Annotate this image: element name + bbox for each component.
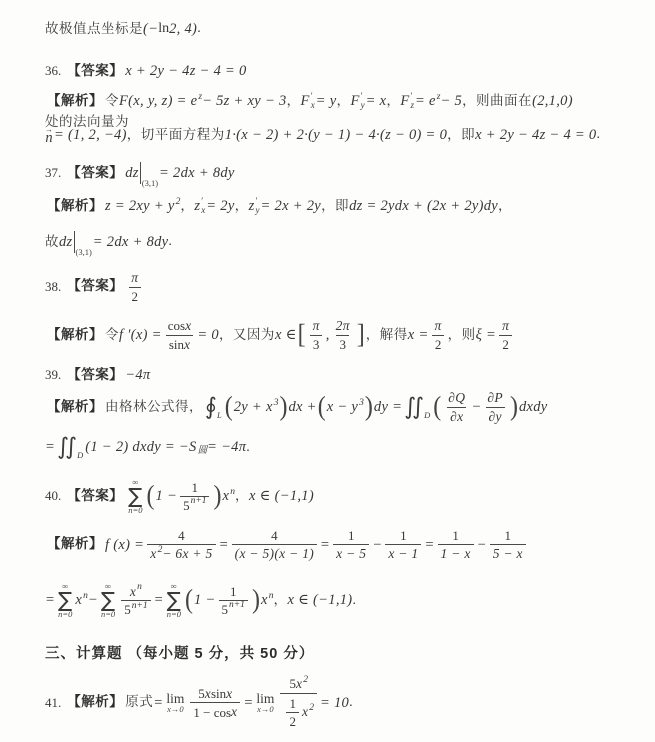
bracket-label: 【解析】	[47, 198, 103, 215]
integral-domain-subscript: D	[77, 451, 83, 460]
fraction-denominator: ∂y	[486, 407, 505, 425]
chinese-text: ，则曲面在	[462, 93, 532, 110]
fraction-numerator: 1	[345, 528, 358, 544]
roman-run: .	[596, 126, 600, 144]
chinese-text: ，	[498, 198, 512, 215]
limit-operator: limx→0	[166, 692, 184, 714]
vector-letter: n	[45, 133, 52, 143]
fraction-denominator: 5n+1	[121, 600, 150, 617]
roman-run: 3	[313, 338, 320, 351]
math-run: dy =	[374, 398, 402, 416]
big-delimiter: [	[298, 321, 306, 349]
math-run: 1·(x − 2) + 2·(y − 1) − 4·(z − 0) = 0	[225, 126, 447, 144]
roman-run: 5	[222, 603, 229, 616]
chinese-text: ，	[386, 93, 400, 110]
math-run: ξ =	[476, 326, 497, 344]
math-run: f (x) =	[105, 536, 144, 554]
fraction-denominator: x − 1	[385, 544, 421, 562]
math-run: −	[372, 536, 382, 554]
fraction-denominator: 1 − x	[438, 544, 474, 562]
bracket-label: 【答案】	[67, 367, 123, 384]
fraction-denominator: 5n+1	[219, 600, 248, 617]
evaluation-bar-line	[74, 231, 75, 253]
math-run: = 0	[197, 326, 219, 344]
big-delimiter: (	[147, 483, 155, 511]
math-run: x − 5	[336, 547, 366, 561]
summation: ∞∑n=0	[167, 582, 181, 619]
math-run: − 5	[441, 92, 463, 110]
math-run: dx +	[288, 398, 316, 416]
math-run: = e	[415, 92, 436, 110]
solution-35-tail-line: 故极值点坐标是(−ln 2, 4) .	[45, 20, 627, 38]
prime-subscript-stack: ′x	[201, 197, 205, 215]
math-run: x	[222, 487, 229, 505]
big-delimiter: (	[433, 393, 441, 421]
fraction: 15n+1	[180, 480, 209, 513]
math-run: dxdy	[519, 398, 548, 416]
math-run: 2π	[336, 319, 350, 333]
math-run: ∂Q	[448, 391, 465, 405]
math-run: 1 −	[194, 591, 216, 609]
fraction-denominator: sin x	[166, 335, 193, 353]
bracket-label: 【答案】	[67, 63, 123, 80]
math-run: z	[194, 197, 200, 215]
limit-subscript: x→0	[167, 705, 184, 714]
integral-symbol: ∫∫	[404, 397, 420, 418]
fraction-denominator: 5 − x	[490, 544, 526, 562]
big-delimiter: (	[185, 587, 193, 615]
math-run: π	[502, 319, 509, 333]
math-run: F	[400, 92, 409, 110]
chinese-text: ，则	[448, 327, 476, 344]
fraction: 5x sin x1 − cos x	[190, 686, 240, 720]
big-delimiter: )	[279, 393, 287, 421]
lim-text: lim	[166, 692, 184, 706]
math-run: 1 − x	[441, 547, 471, 561]
math-run: (2,1,0)	[532, 92, 573, 110]
chinese-text: 令	[105, 93, 119, 110]
fraction-numerator: 1	[189, 480, 202, 496]
fraction: π2	[499, 318, 512, 352]
solution-37-line-1: 【解析】z = 2xy + y2，z′x = 2y，z′y = 2x + 2y，…	[45, 197, 627, 215]
math-run: 2y + x	[234, 398, 273, 416]
roman-run: 1	[348, 529, 355, 542]
summation: ∞∑n=0	[58, 582, 72, 619]
math-run: −	[477, 536, 487, 554]
math-run: x − 1	[388, 547, 418, 561]
math-run: − 5z + xy − 3	[202, 92, 286, 110]
fraction-numerator: π	[128, 270, 141, 287]
integral-symbol: ∮	[205, 397, 213, 418]
chinese-text: ，解得	[366, 327, 408, 344]
math-run: ∂P	[487, 391, 503, 405]
fraction-numerator: 1	[286, 696, 299, 712]
fraction-numerator: 1	[449, 528, 462, 544]
math-run: 1 −	[156, 487, 178, 505]
sigma-symbol: ∑	[167, 591, 181, 611]
fraction: cos xsin x	[165, 318, 195, 352]
roman-run: .	[246, 439, 250, 457]
chinese-text: 由格林公式得，	[105, 399, 203, 416]
math-run: dz = 2ydx + (2x + 2y)dy	[349, 197, 498, 215]
chinese-text: ，切平面方程为	[127, 127, 225, 144]
fraction: 15 − x	[490, 528, 526, 562]
limit-subscript: x→0	[257, 705, 274, 714]
fraction: xn5n+1	[121, 584, 150, 618]
evaluation-bar-line	[140, 162, 141, 184]
fraction: π2	[432, 318, 445, 352]
evaluation-bar: (3,1)	[140, 162, 158, 184]
roman-run: .	[168, 233, 172, 251]
bracket-label: 【答案】	[67, 488, 123, 505]
big-delimiter: (	[225, 393, 233, 421]
solution-41-line: 41.【解析】原式 = limx→05x sin x1 − cos x = li…	[45, 676, 627, 730]
math-run: x + 2y − 4z − 4 = 0	[125, 62, 246, 80]
fraction-numerator: 4	[268, 528, 281, 544]
chinese-text: 令	[105, 327, 119, 344]
chinese-text: 故	[45, 234, 59, 251]
roman-run: 1	[192, 481, 199, 494]
math-run: π	[131, 271, 138, 285]
answer-39-line: 39.【答案】−4π	[45, 366, 627, 384]
fraction-numerator: π	[499, 318, 512, 335]
bracket-label: 【解析】	[47, 93, 103, 110]
math-run: = −4π	[207, 438, 246, 456]
summation-lower-limit: n=0	[101, 610, 115, 619]
math-run: x	[150, 547, 156, 561]
fraction-denominator: ∂x	[447, 407, 466, 425]
roman-run: 4	[178, 529, 185, 542]
answer-38-line: 38.【答案】π2	[45, 270, 627, 304]
fraction-numerator: 1	[502, 528, 515, 544]
math-run: z = 2xy + y	[105, 197, 175, 215]
chinese-text: ，	[287, 93, 301, 110]
fraction: π3	[310, 318, 323, 352]
chinese-text: ，	[336, 93, 350, 110]
bracket-label: 【解析】	[67, 694, 123, 711]
math-run: x + 2y − 4z − 4 = 0	[475, 126, 596, 144]
math-run: F	[350, 92, 359, 110]
math-run: = x	[366, 92, 387, 110]
math-run: −4π	[125, 366, 150, 384]
roman-run: 2	[435, 338, 442, 351]
double-integral: ∫∫D	[404, 397, 430, 418]
math-run: = y	[316, 92, 337, 110]
roman-run: sin	[211, 687, 226, 700]
math-run: x	[261, 591, 268, 609]
fraction-numerator: π	[432, 318, 445, 335]
math-run: x − y	[327, 398, 358, 416]
fraction: π2	[128, 270, 141, 304]
math-run: = 10	[320, 694, 349, 712]
summation-lower-limit: n=0	[167, 610, 181, 619]
fraction-denominator: x2 − 6x + 5	[147, 544, 215, 562]
roman-run: 1 − cos	[193, 706, 231, 719]
fraction: 4x2 − 6x + 5	[147, 528, 215, 562]
math-run: F(x, y, z) = e	[119, 92, 197, 110]
answer-37-line: 37.【答案】dz(3,1) = 2dx + 8dy	[45, 162, 627, 184]
roman-run: 5	[124, 603, 131, 616]
math-run: = 2x + 2y	[261, 197, 322, 215]
fraction-numerator: 1	[227, 584, 240, 600]
math-run: z	[249, 197, 255, 215]
big-delimiter: (	[318, 393, 326, 421]
math-run: (x − 5)(x − 1)	[235, 547, 314, 561]
math-run: π	[435, 319, 442, 333]
roman-run: .	[197, 20, 201, 38]
roman-run: 1	[289, 697, 296, 710]
big-delimiter: )	[213, 483, 221, 511]
solution-36-line-2: →n = (1, 2, −4)，切平面方程为1·(x − 2) + 2·(y −…	[45, 126, 627, 144]
math-run: x	[184, 338, 190, 352]
roman-run: 1	[230, 585, 237, 598]
bracket-label: 【解析】	[47, 536, 103, 553]
fraction-denominator: 3	[310, 335, 323, 352]
prime-subscript-stack: ′y	[361, 92, 365, 110]
math-run: 5 − x	[493, 547, 523, 561]
big-delimiter: )	[510, 393, 518, 421]
item-number: 36.	[45, 63, 61, 79]
prime-subscript-stack: ′z	[411, 92, 415, 110]
math-run: F	[301, 92, 310, 110]
prime-subscript-stack: ′y	[256, 197, 260, 215]
roman-run: 1	[400, 529, 407, 542]
scanned-document-page: 故极值点坐标是(−ln 2, 4) .36.【答案】x + 2y − 4z − …	[0, 0, 655, 742]
bracket-label: 【解析】	[47, 327, 103, 344]
bracket-label: 【答案】	[67, 165, 123, 182]
evaluation-point-subscript: (3,1)	[76, 248, 92, 257]
chinese-text: ，	[235, 488, 249, 505]
roman-run: 1	[452, 529, 459, 542]
roman-run: .	[352, 592, 356, 610]
math-run: 2, 4)	[169, 20, 197, 38]
math-run: =	[153, 694, 163, 712]
solution-37-line-2: 故 dz(3,1) = 2dx + 8dy .	[45, 231, 627, 253]
fraction-denominator: 2	[286, 712, 299, 729]
chinese-text: ，	[235, 198, 249, 215]
fraction-denominator: 3	[336, 335, 349, 352]
fraction-numerator: cos x	[165, 318, 195, 335]
roman-run: 1	[505, 529, 512, 542]
math-run: (1 − 2) dxdy = −S	[85, 438, 196, 456]
math-run: x	[185, 319, 191, 333]
bracket-label: 【答案】	[67, 278, 123, 295]
fraction-denominator: 2	[499, 335, 512, 352]
chinese-text: 故极值点坐标是	[45, 21, 143, 38]
solution-40-line-1: 【解析】f (x) = 4x2 − 6x + 5 = 4(x − 5)(x − …	[45, 528, 627, 562]
big-delimiter: )	[252, 587, 260, 615]
math-run: x ∈	[275, 326, 297, 344]
roman-run: ln	[158, 20, 169, 38]
big-delimiter: )	[365, 393, 373, 421]
fraction-denominator: 2	[129, 287, 142, 304]
math-run: =	[45, 438, 55, 456]
fraction-denominator: 5n+1	[180, 496, 209, 513]
math-run: = 2y	[206, 197, 234, 215]
item-number: 40.	[45, 488, 61, 504]
fraction-numerator: 1	[397, 528, 410, 544]
prime-subscript-stack: ′x	[311, 92, 315, 110]
sigma-symbol: ∑	[101, 591, 115, 611]
math-run: =	[320, 536, 330, 554]
roman-run: 2	[502, 338, 509, 351]
fraction: 15n+1	[219, 584, 248, 617]
math-run: = 2dx + 8dy	[93, 233, 169, 251]
math-run: −	[471, 398, 481, 416]
math-run: x	[302, 705, 308, 719]
evaluation-bar: (3,1)	[74, 231, 92, 253]
limit-operator: limx→0	[256, 692, 274, 714]
summation: ∞∑n=0	[128, 478, 142, 515]
integral-domain-subscript: D	[424, 411, 430, 420]
math-run: x =	[408, 326, 429, 344]
answer-36-line: 36.【答案】x + 2y − 4z − 4 = 0	[45, 62, 627, 80]
bracket-label: 【解析】	[47, 399, 103, 416]
math-run: ,	[326, 326, 330, 344]
math-run: x ∈ (−1,1)	[287, 591, 352, 609]
big-delimiter: ]	[357, 321, 365, 349]
math-run: =	[243, 694, 253, 712]
math-run: ∂x	[450, 410, 463, 424]
fraction: 1x − 1	[385, 528, 421, 562]
math-run: dz	[125, 164, 139, 182]
vector-symbol: →n	[45, 127, 53, 143]
chinese-text: 原式	[125, 694, 153, 711]
math-run: x	[130, 585, 136, 599]
math-run: x	[226, 687, 232, 701]
fraction: ∂P∂y	[484, 390, 506, 424]
item-number: 39.	[45, 367, 61, 383]
math-run: = 2dx + 8dy	[159, 164, 235, 182]
fraction-numerator: 5x2	[286, 676, 311, 693]
section-heading-text: 三、计算题 （每小题 5 分，共 50 分）	[45, 645, 314, 663]
roman-run: 2	[289, 715, 296, 728]
fraction-numerator: 5x sin x	[195, 686, 235, 703]
fraction: 1x − 5	[333, 528, 369, 562]
integral-symbol: ∫∫	[57, 437, 73, 458]
math-run: =	[424, 536, 434, 554]
evaluation-point-subscript: (3,1)	[142, 179, 158, 188]
item-number: 38.	[45, 279, 61, 295]
fraction-denominator: 12 x2	[280, 693, 317, 730]
solution-38-line: 【解析】令 f ′(x) = cos xsin x = 0，又因为 x ∈ [π…	[45, 318, 627, 352]
roman-run: .	[349, 694, 353, 712]
roman-run: 2	[132, 290, 139, 303]
fraction: 11 − x	[438, 528, 474, 562]
math-run: x	[231, 705, 237, 719]
chinese-text: ，又因为	[219, 327, 275, 344]
section-3-heading: 三、计算题 （每小题 5 分，共 50 分）	[45, 645, 627, 663]
math-run: = (1, 2, −4)	[54, 126, 127, 144]
roman-run: sin	[169, 338, 184, 351]
solution-39-line-2: = ∫∫D(1 − 2) dxdy = −S圆 = −4π .	[45, 437, 627, 458]
math-run: − 6x + 5	[162, 547, 212, 561]
chinese-text: ，	[180, 198, 194, 215]
roman-run: 5	[183, 499, 190, 512]
math-run: ∂y	[489, 410, 502, 424]
math-run: x ∈ (−1,1)	[249, 487, 314, 505]
answer-40-line: 40.【答案】∞∑n=0(1 − 15n+1)xn，x ∈ (−1,1)	[45, 478, 627, 515]
lim-text: lim	[256, 692, 274, 706]
item-number: 37.	[45, 165, 61, 181]
sigma-symbol: ∑	[58, 591, 72, 611]
fraction-numerator: 2π	[333, 318, 353, 335]
roman-run: 4	[271, 529, 278, 542]
chinese-text: ，	[273, 592, 287, 609]
math-run: =	[45, 591, 55, 609]
summation-lower-limit: n=0	[58, 610, 72, 619]
math-run: f ′(x) =	[119, 326, 162, 344]
sigma-symbol: ∑	[128, 487, 142, 507]
double-integral: ∫∫D	[57, 437, 83, 458]
chinese-text: ，即	[447, 127, 475, 144]
summation-lower-limit: n=0	[128, 506, 142, 515]
fraction-numerator: 4	[175, 528, 188, 544]
roman-run: 3	[339, 338, 346, 351]
fraction-denominator: 1 − cos x	[190, 702, 240, 720]
solution-39-line-1: 【解析】由格林公式得，∮L(2y + x3)dx + (x − y3)dy = …	[45, 390, 627, 424]
math-run: =	[154, 591, 164, 609]
integral-domain-subscript: L	[217, 411, 222, 420]
fraction: ∂Q∂x	[445, 390, 468, 424]
fraction-denominator: x − 5	[333, 544, 369, 562]
math-run: −	[88, 591, 98, 609]
summation: ∞∑n=0	[101, 582, 115, 619]
fraction-numerator: π	[310, 318, 323, 335]
fraction: 5x212 x2	[280, 676, 317, 730]
fraction-denominator: 2	[432, 335, 445, 352]
math-run: (−	[143, 20, 158, 38]
fraction-numerator: ∂Q	[445, 390, 468, 407]
solution-40-line-2: = ∞∑n=0xn − ∞∑n=0xn5n+1 = ∞∑n=0(1 − 15n+…	[45, 582, 627, 619]
fraction: 12	[286, 696, 299, 729]
contour-integral: ∮L	[205, 397, 222, 418]
fraction: 4(x − 5)(x − 1)	[232, 528, 317, 562]
fraction-denominator: (x − 5)(x − 1)	[232, 544, 317, 562]
math-run: =	[219, 536, 229, 554]
math-run: x	[296, 677, 302, 691]
math-run: dz	[59, 233, 73, 251]
item-number: 41.	[45, 695, 61, 711]
fraction: 2π3	[333, 318, 353, 352]
roman-run: cos	[168, 319, 185, 332]
fraction-numerator: ∂P	[484, 390, 506, 407]
math-run: π	[313, 319, 320, 333]
math-run: x	[75, 591, 82, 609]
chinese-text: ，即	[321, 198, 349, 215]
fraction-numerator: xn	[127, 584, 145, 601]
